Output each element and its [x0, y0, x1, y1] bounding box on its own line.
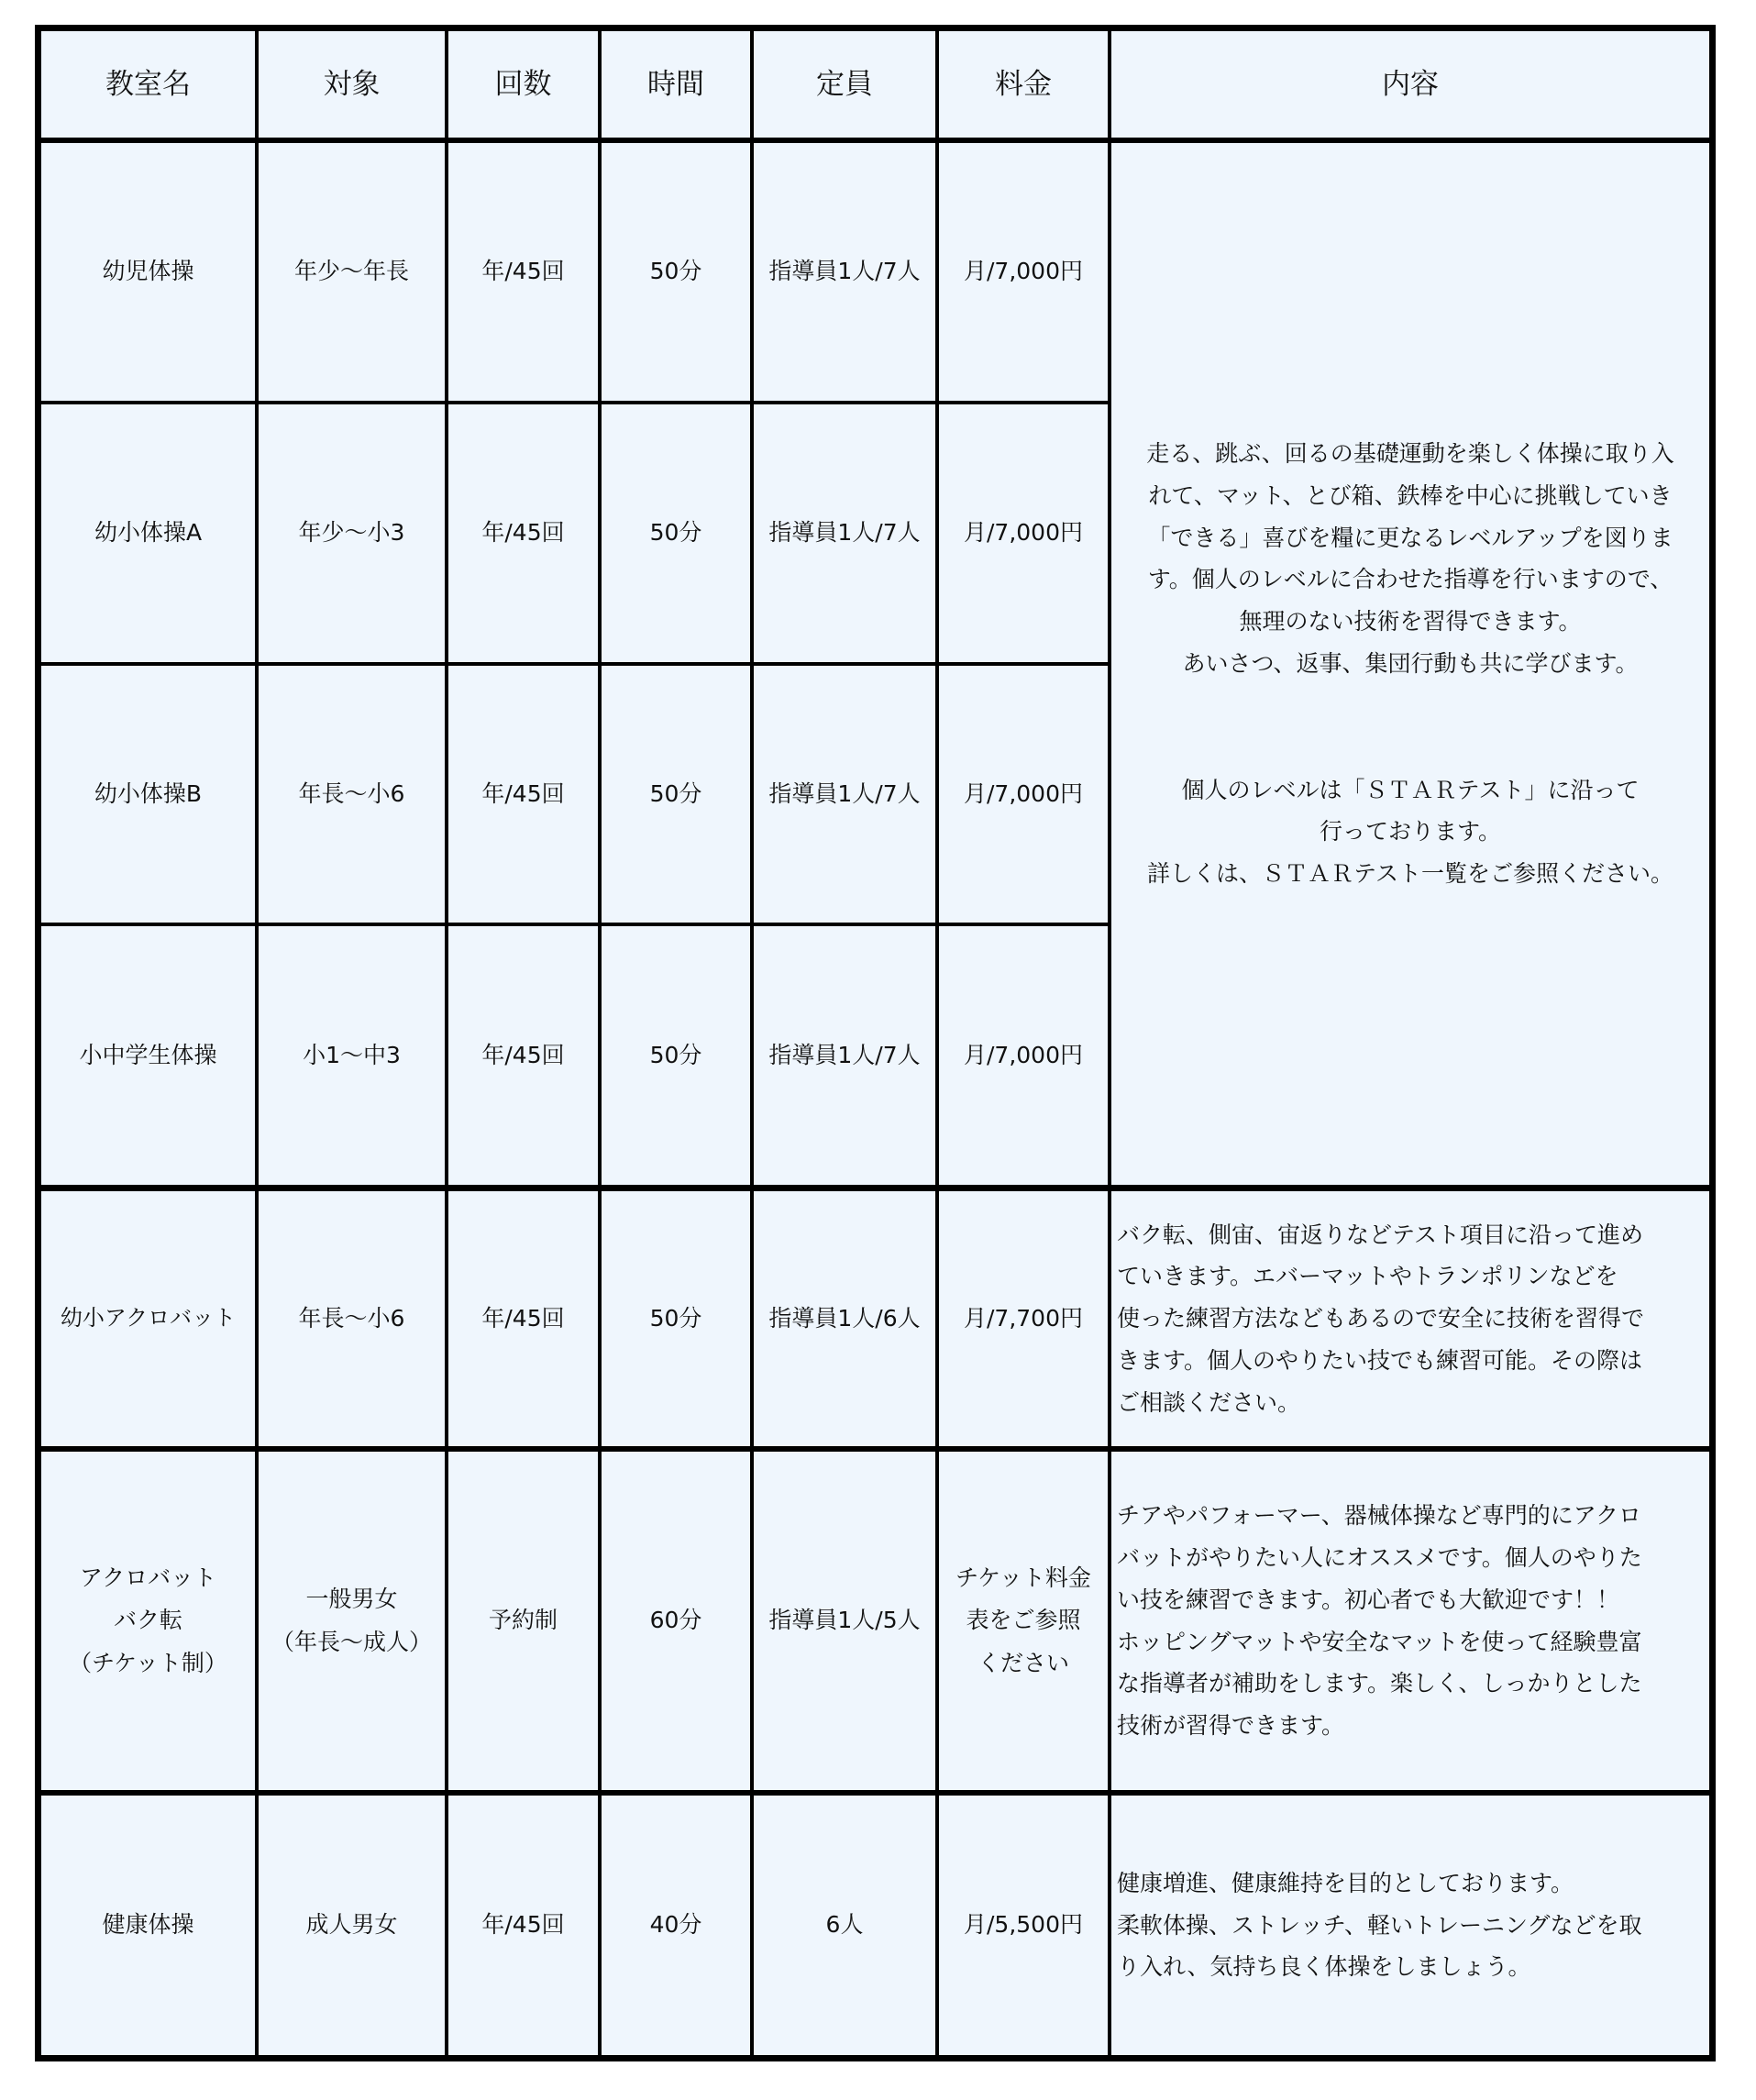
content-line: 技術が習得できます。 — [1117, 1705, 1642, 1747]
row-6-count: 年/45回 — [448, 1796, 598, 2055]
content-line: 行っております。 — [1146, 811, 1674, 853]
row-5-name-line: バク転 — [69, 1599, 227, 1641]
row-4-fee: 月/7,700円 — [939, 1191, 1108, 1446]
content-line: ホッピングマットや安全なマットを使って経験豊富 — [1117, 1621, 1642, 1663]
content-line: 詳しくは、ＳＴＡＲテスト一覧をご参照ください。 — [1146, 853, 1674, 895]
row-5-name-line: （チケット制） — [69, 1642, 227, 1685]
row-1-name: 幼小体操A — [41, 404, 255, 662]
header-capacity: 定員 — [754, 31, 935, 138]
row-3-capacity: 指導員1人/7人 — [754, 926, 935, 1185]
content-line: り入れ、気持ち良く体操をしましょう。 — [1117, 1946, 1642, 1988]
row-2-count: 年/45回 — [448, 666, 598, 923]
header-class-name: 教室名 — [41, 31, 255, 138]
content-acrobat-ticket: チアやパフォーマー、器械体操など専門的にアクロ バットがやりたい人にオススメです… — [1111, 1452, 1709, 1790]
header-time: 時間 — [602, 31, 750, 138]
row-1-target: 年少～小3 — [259, 404, 445, 662]
row-5-fee-line: ください — [955, 1642, 1091, 1685]
content-line: 無理のない技術を習得できます。 — [1146, 601, 1674, 643]
row-5-name: アクロバット バク転 （チケット制） — [41, 1452, 255, 1790]
content-line: れて、マット、とび箱、鉄棒を中心に挑戦していき — [1146, 475, 1674, 517]
header-fee: 料金 — [939, 31, 1108, 138]
row-4-capacity: 指導員1人/6人 — [754, 1191, 935, 1446]
row-5-capacity: 指導員1人/5人 — [754, 1452, 935, 1790]
row-5-target-line: 一般男女 — [271, 1578, 432, 1620]
row-3-fee: 月/7,000円 — [939, 926, 1108, 1185]
row-4-name: 幼小アクロバット — [41, 1191, 255, 1446]
content-line: バットがやりたい人にオススメです。個人のやりた — [1117, 1537, 1642, 1579]
row-1-capacity: 指導員1人/7人 — [754, 404, 935, 662]
row-3-target: 小1～中3 — [259, 926, 445, 1185]
row-3-name: 小中学生体操 — [41, 926, 255, 1185]
row-3-count: 年/45回 — [448, 926, 598, 1185]
row-6-fee: 月/5,500円 — [939, 1796, 1108, 2055]
content-line: ていきます。エバーマットやトランポリンなどを — [1117, 1255, 1644, 1298]
spacer — [1146, 685, 1674, 727]
row-5-fee-line: 表をご参照 — [955, 1599, 1091, 1641]
row-0-time: 50分 — [602, 143, 750, 401]
header-target: 対象 — [259, 31, 445, 138]
row-0-target: 年少～年長 — [259, 143, 445, 401]
row-6-name: 健康体操 — [41, 1796, 255, 2055]
row-2-capacity: 指導員1人/7人 — [754, 666, 935, 923]
content-kids-acrobat: バク転、側宙、宙返りなどテスト項目に沿って進め ていきます。エバーマットやトラン… — [1111, 1191, 1709, 1446]
row-1-time: 50分 — [602, 404, 750, 662]
row-4-count: 年/45回 — [448, 1191, 598, 1446]
row-2-fee: 月/7,000円 — [939, 666, 1108, 923]
content-health: 健康増進、健康維持を目的としております。 柔軟体操、ストレッチ、軽いトレーニング… — [1111, 1796, 1709, 2055]
row-5-target: 一般男女 （年長～成人） — [259, 1452, 445, 1790]
content-line: 個人のレベルは「ＳＴＡＲテスト」に沿って — [1146, 769, 1674, 812]
content-line: きます。個人のやりたい技でも練習可能。その際は — [1117, 1340, 1644, 1382]
row-1-fee: 月/7,000円 — [939, 404, 1108, 662]
content-line: い技を練習できます。初心者でも大歓迎です！！ — [1117, 1579, 1642, 1621]
row-5-count: 予約制 — [448, 1452, 598, 1790]
row-6-target: 成人男女 — [259, 1796, 445, 2055]
content-gymnastics-group: 走る、跳ぶ、回るの基礎運動を楽しく体操に取り入 れて、マット、とび箱、鉄棒を中心… — [1111, 143, 1709, 1185]
content-line: ご相談ください。 — [1117, 1382, 1644, 1424]
row-5-fee-line: チケット料金 — [955, 1557, 1091, 1599]
content-line: バク転、側宙、宙返りなどテスト項目に沿って進め — [1117, 1214, 1644, 1256]
content-line: す。個人のレベルに合わせた指導を行いますので、 — [1146, 558, 1674, 601]
row-2-time: 50分 — [602, 666, 750, 923]
spacer — [1146, 727, 1674, 769]
content-line: 健康増進、健康維持を目的としております。 — [1117, 1862, 1642, 1905]
row-2-target: 年長～小6 — [259, 666, 445, 923]
row-5-name-line: アクロバット — [69, 1557, 227, 1599]
row-2-name: 幼小体操B — [41, 666, 255, 923]
content-line: あいさつ、返事、集団行動も共に学びます。 — [1146, 643, 1674, 685]
row-6-time: 40分 — [602, 1796, 750, 2055]
content-line: 柔軟体操、ストレッチ、軽いトレーニングなどを取 — [1117, 1905, 1642, 1947]
row-0-name: 幼児体操 — [41, 143, 255, 401]
content-line: 走る、跳ぶ、回るの基礎運動を楽しく体操に取り入 — [1146, 433, 1674, 475]
row-0-fee: 月/7,000円 — [939, 143, 1108, 401]
row-0-capacity: 指導員1人/7人 — [754, 143, 935, 401]
header-count: 回数 — [448, 31, 598, 138]
content-line: 「できる」喜びを糧に更なるレベルアップを図りま — [1146, 517, 1674, 559]
row-4-target: 年長～小6 — [259, 1191, 445, 1446]
header-content: 内容 — [1111, 31, 1709, 138]
row-5-fee: チケット料金 表をご参照 ください — [939, 1452, 1108, 1790]
row-1-count: 年/45回 — [448, 404, 598, 662]
class-schedule-table: 教室名 対象 回数 時間 定員 料金 内容 幼児体操 年少～年長 年/45回 5… — [35, 25, 1716, 2061]
row-5-target-line: （年長～成人） — [271, 1621, 432, 1663]
row-3-time: 50分 — [602, 926, 750, 1185]
content-line: な指導者が補助をします。楽しく、しっかりとした — [1117, 1663, 1642, 1705]
row-5-time: 60分 — [602, 1452, 750, 1790]
content-line: 使った練習方法などもあるので安全に技術を習得で — [1117, 1298, 1644, 1340]
row-4-time: 50分 — [602, 1191, 750, 1446]
row-0-count: 年/45回 — [448, 143, 598, 401]
content-line: チアやパフォーマー、器械体操など専門的にアクロ — [1117, 1495, 1642, 1537]
row-6-capacity: 6人 — [754, 1796, 935, 2055]
